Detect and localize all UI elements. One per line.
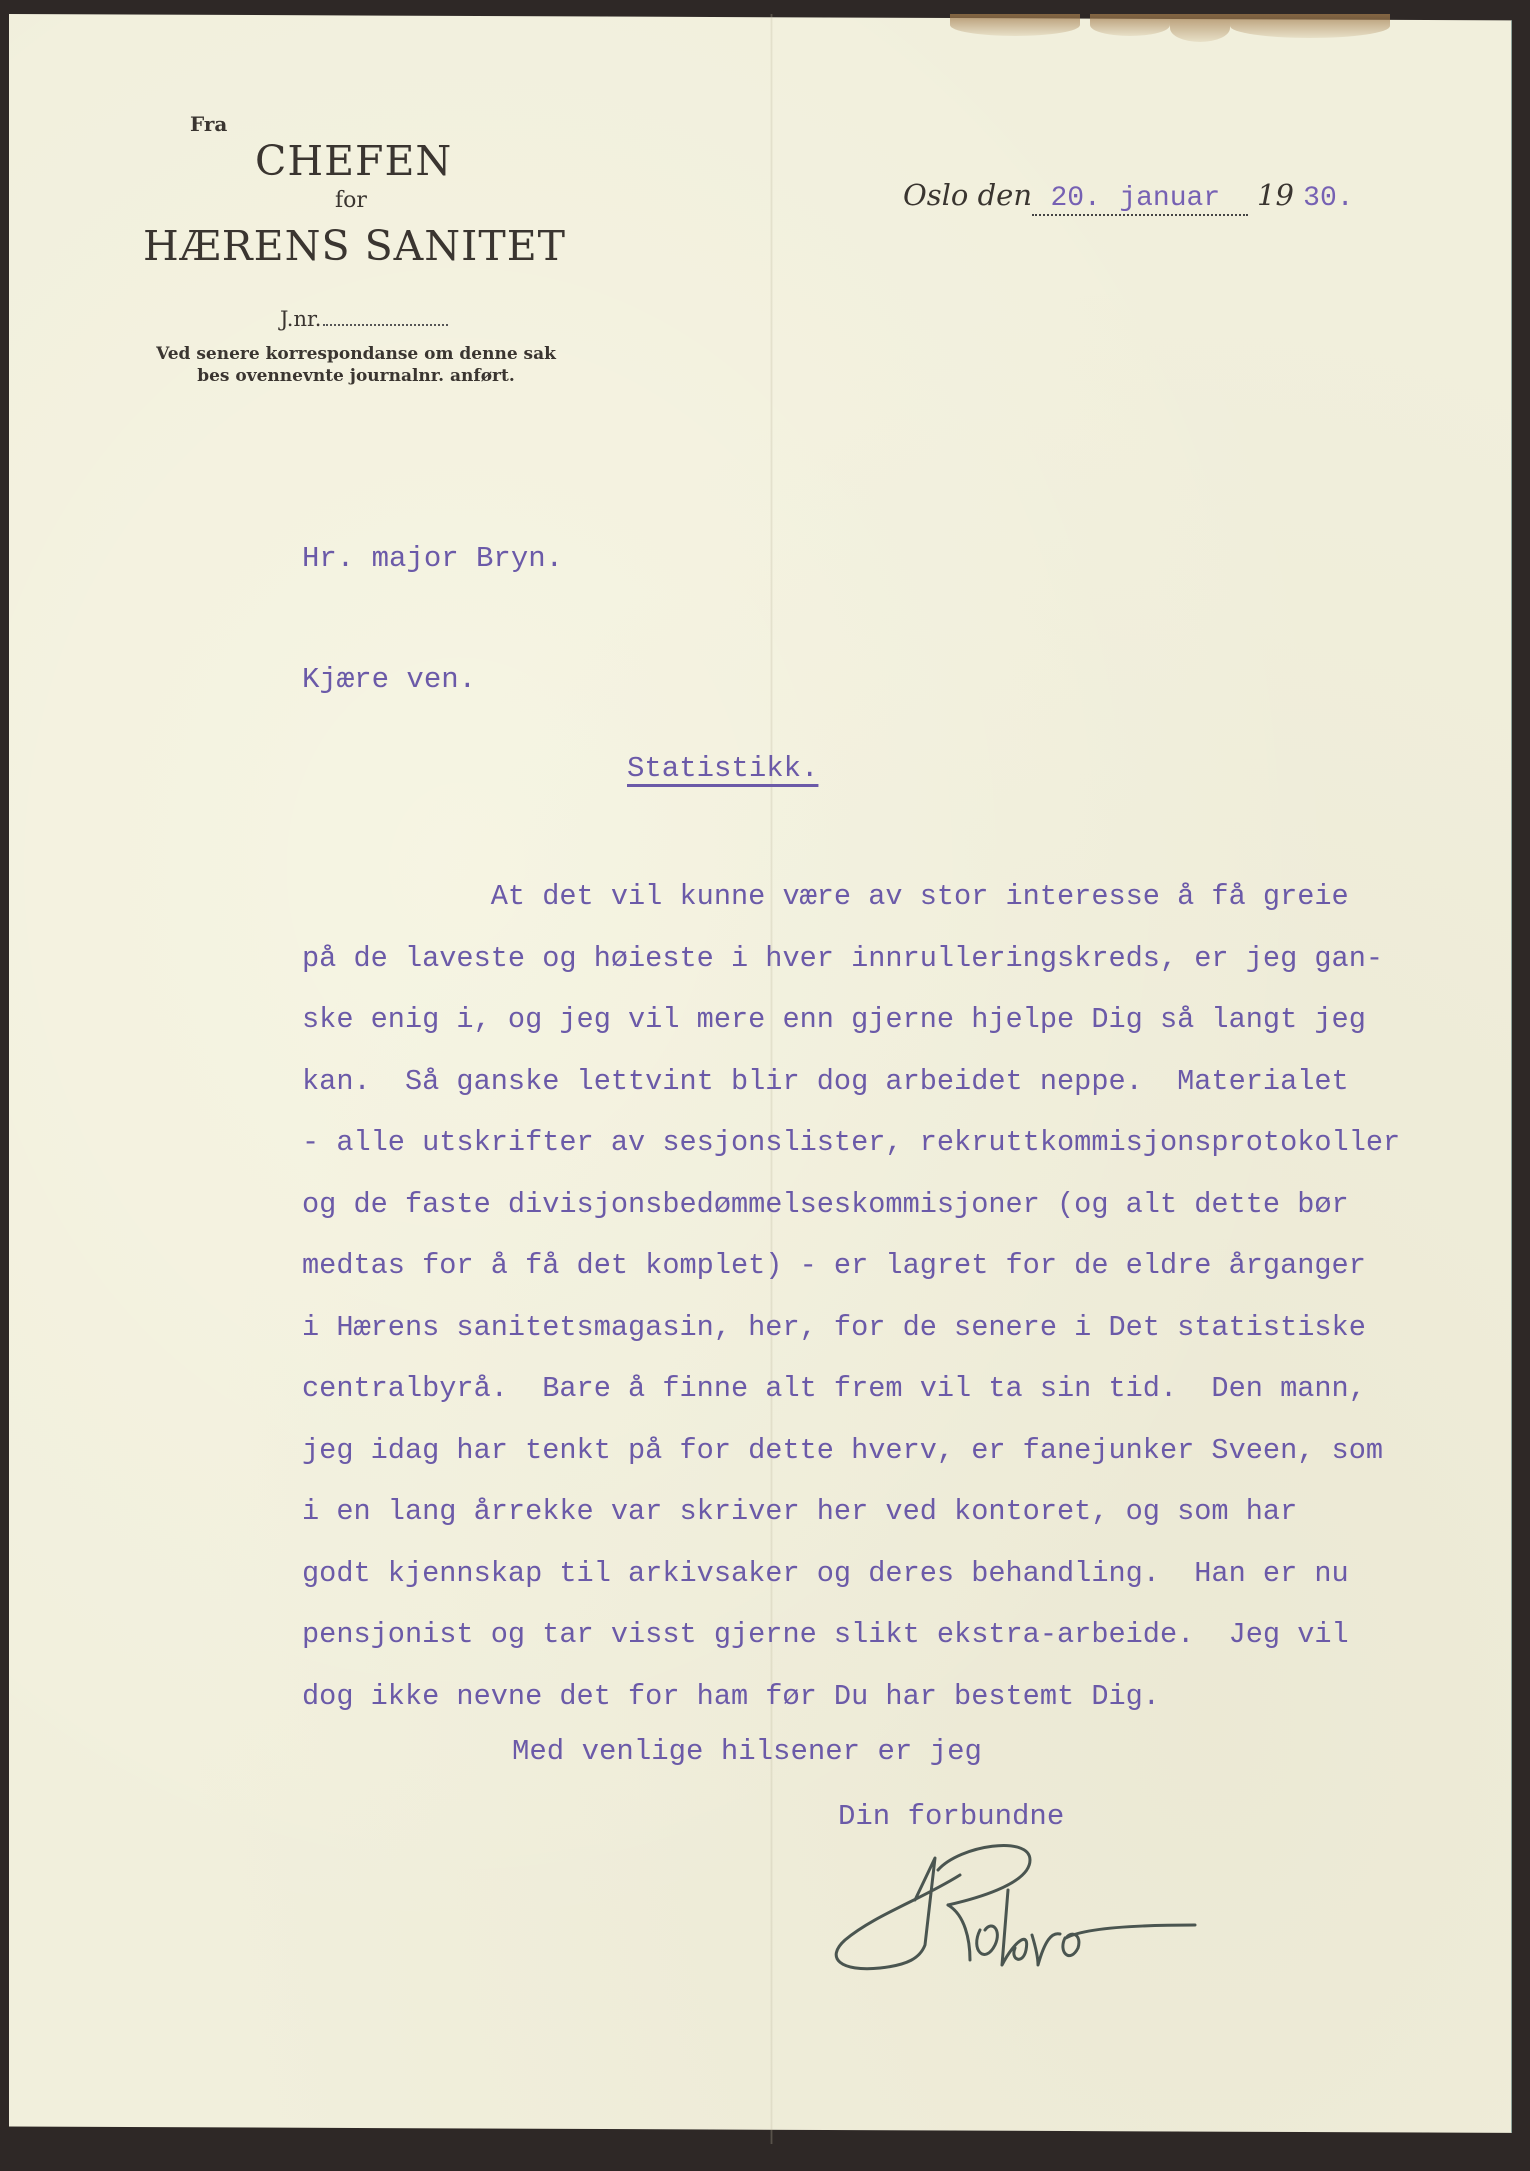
body-line: medtas for å få det komplet) - er lagret… (302, 1249, 1400, 1311)
body-line: på de laveste og høieste i hver innrulle… (302, 942, 1400, 1004)
note-line: bes ovennevnte journalnr. anført. (140, 365, 572, 387)
handwritten-signature-icon (820, 1830, 1200, 1980)
journal-label: J.nr. (280, 307, 321, 331)
body-line: i Hærens sanitetsmagasin, her, for de se… (302, 1311, 1400, 1373)
date-day: 20. (1050, 183, 1100, 214)
body-line: ske enig i, og jeg vil mere enn gjerne h… (302, 1003, 1400, 1065)
salutation: Kjære ven. (302, 663, 476, 696)
recipient: Hr. major Bryn. (302, 542, 563, 575)
water-stain (1090, 14, 1170, 36)
body-line: - alle utskrifter av sesjonslister, rekr… (302, 1126, 1400, 1188)
letterhead-for: for (335, 188, 367, 213)
scanned-letter: Fra CHEFEN for HÆRENS SANITET J.nr. Ved … (0, 0, 1530, 2171)
subject-heading: Statistikk. (627, 752, 818, 785)
body-line: i en lang årrekke var skriver her ved ko… (302, 1495, 1400, 1557)
journal-dotted-field (323, 324, 448, 326)
body-line: jeg idag har tenkt på for dette hverv, e… (302, 1434, 1400, 1496)
water-stain (1170, 14, 1230, 42)
body-line: centralbyrå. Bare å finne alt frem vil t… (302, 1372, 1400, 1434)
body-line: dog ikke nevne det for ham før Du har be… (302, 1680, 1400, 1742)
body-line: pensjonist og tar visst gjerne slikt eks… (302, 1618, 1400, 1680)
dateline: Oslo den 20. januar 19 30. (903, 178, 1354, 216)
water-stain (950, 14, 1080, 36)
correspondence-note: Ved senere korrespondanse om denne sak b… (140, 343, 572, 387)
body-line: At det vil kunne være av stor interesse … (302, 880, 1400, 942)
letter-body: At det vil kunne være av stor interesse … (302, 880, 1400, 1741)
body-line: godt kjennskap til arkivsaker og deres b… (302, 1557, 1400, 1619)
note-line: Ved senere korrespondanse om denne sak (140, 343, 572, 365)
letterhead-org: HÆRENS SANITET (143, 222, 566, 270)
date-city-prefix: Oslo den (903, 178, 1032, 212)
journal-number: J.nr. (280, 307, 448, 331)
letterhead-title: CHEFEN (255, 137, 452, 185)
valediction: Din forbundne (838, 1800, 1064, 1833)
date-year-suffix: 30. (1303, 183, 1353, 214)
closing: Med venlige hilsener er jeg (512, 1735, 982, 1768)
letterhead-from: Fra (190, 112, 227, 136)
date-day-field: 20. januar (1032, 178, 1248, 216)
date-month: januar (1119, 183, 1220, 214)
body-line: kan. Så ganske lettvint blir dog arbeide… (302, 1065, 1400, 1127)
body-line: og de faste divisjonsbedømmelseskommisjo… (302, 1188, 1400, 1250)
water-stain (1230, 14, 1390, 38)
date-year-prefix: 19 (1257, 178, 1294, 212)
